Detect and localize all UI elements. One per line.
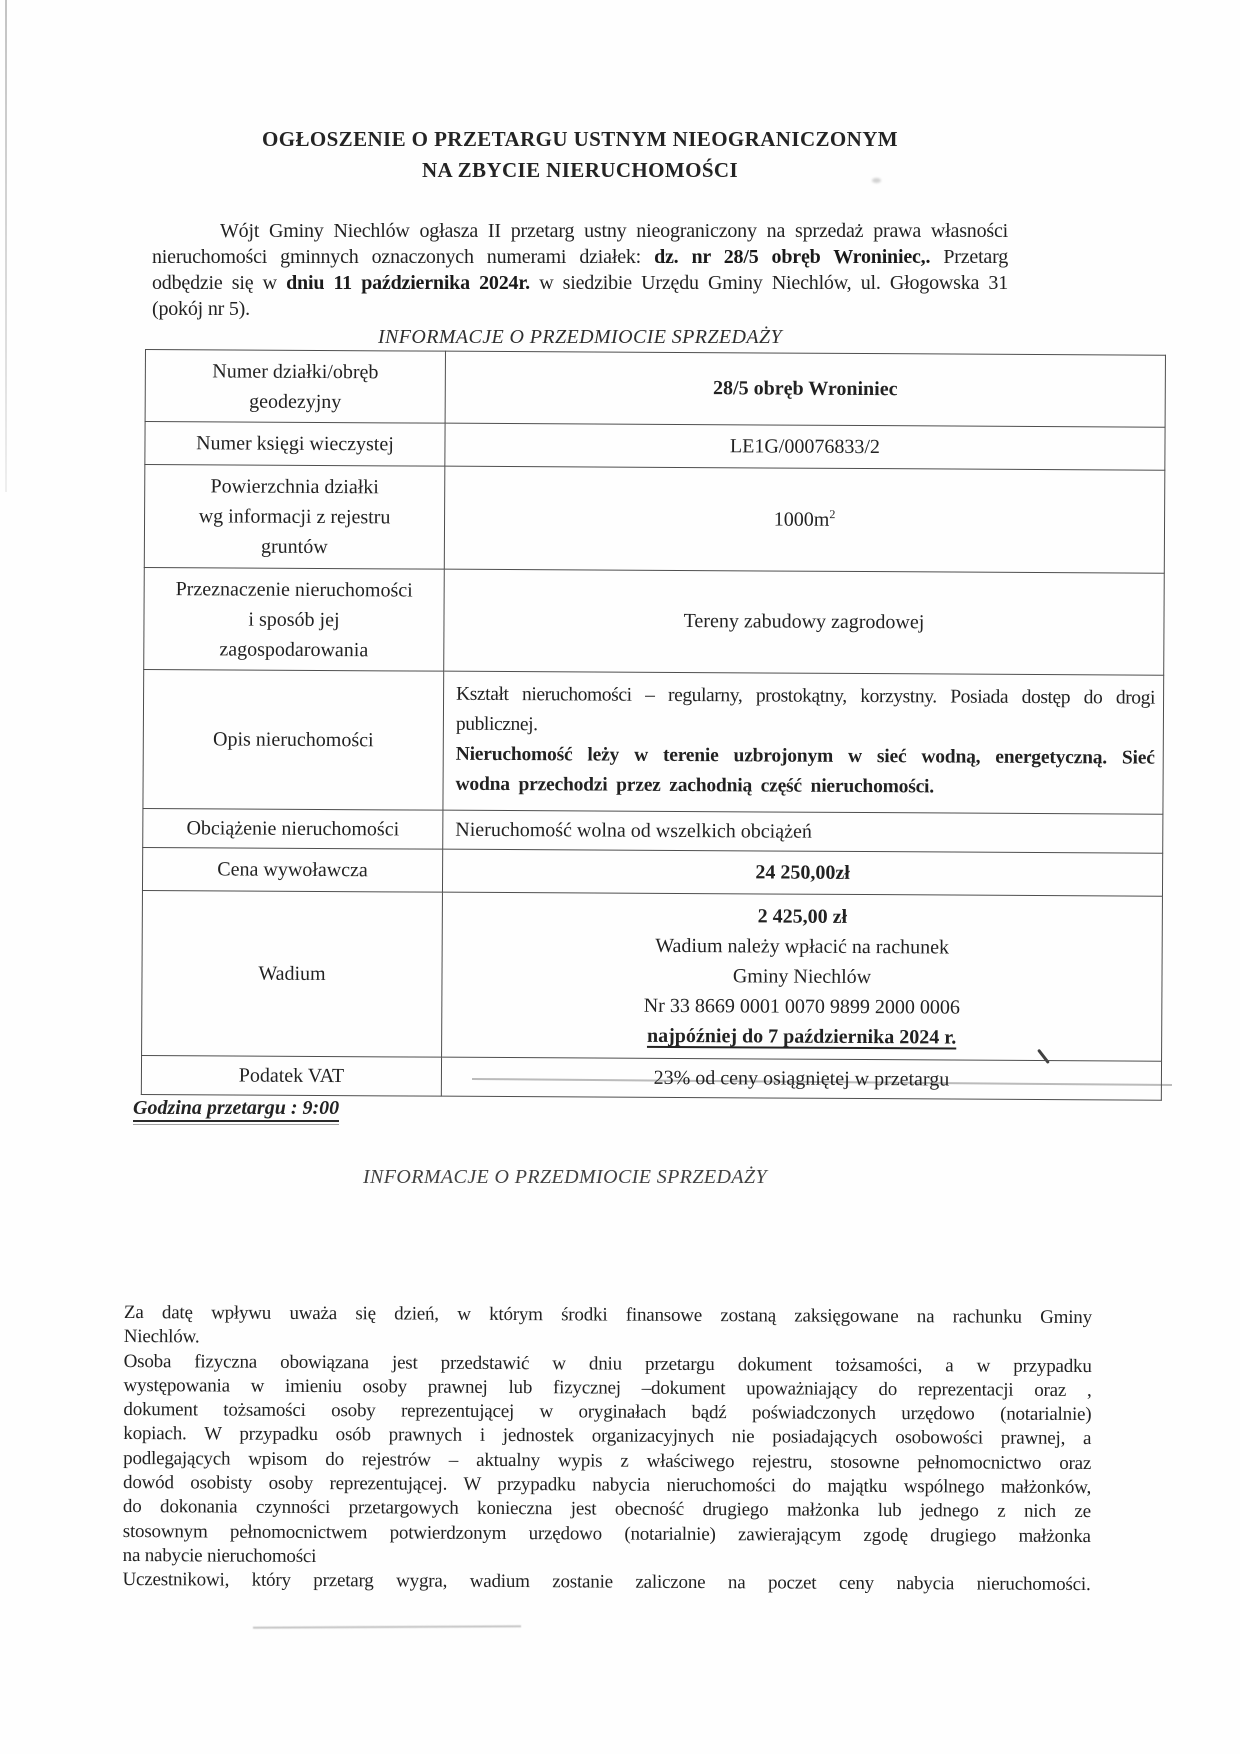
row-label: Numer działki/obręb geodezyjny	[145, 350, 445, 424]
table-row-purpose: Przeznaczenie nieruchomości i sposób jej…	[144, 567, 1165, 675]
auction-time-underline: Godzina przetargu : 9:00	[133, 1097, 339, 1125]
row-label: Podatek VAT	[141, 1055, 441, 1096]
terms-line: Uczestnikowi, który przetarg wygra, wadi…	[122, 1568, 1090, 1597]
terms-paragraph-3: Uczestnikowi, który przetarg wygra, wadi…	[122, 1568, 1090, 1597]
row-value: Tereny zabudowy zagrodowej	[444, 569, 1165, 675]
row-label: Numer księgi wieczystej	[145, 422, 445, 467]
area-superscript: 2	[829, 507, 835, 521]
scanned-document-page: OGŁOSZENIE O PRZETARGU USTNYM NIEOGRANIC…	[0, 0, 1240, 1754]
area-value: 1000m	[774, 508, 830, 530]
row-label: Wadium	[142, 890, 443, 1057]
document-title-line2: NA ZBYCIE NIERUCHOMOŚCI	[150, 155, 1010, 186]
description-text-bold: Nieruchomość leży w terenie uzbrojonym w…	[455, 740, 1154, 804]
intro-text: w siedzibie Urzędu Gminy Niechlów, ul. G…	[530, 272, 1008, 294]
deposit-account-number: Nr 33 8669 0001 0070 9899 2000 0006	[452, 990, 1151, 1024]
intro-line: (pokój nr 5).	[152, 296, 1008, 322]
intro-paragraph: Wójt Gminy Niechlów ogłasza II przetarg …	[152, 218, 1008, 322]
auction-date-bold: dniu 11 października 2024r.	[286, 272, 530, 294]
row-label: Cena wywoławcza	[142, 847, 442, 892]
intro-line: nieruchomości gminnych oznaczonych numer…	[152, 244, 1008, 270]
scan-streak	[253, 1625, 521, 1629]
table-row-starting-price: Cena wywoławcza 24 250,00zł	[142, 847, 1162, 896]
row-value: 24 250,00zł	[442, 849, 1162, 896]
row-value: 23% od ceny osiągniętej w przetargu	[441, 1057, 1161, 1100]
table-row-vat: Podatek VAT 23% od ceny osiągniętej w pr…	[141, 1055, 1161, 1100]
property-info-table: Numer działki/obręb geodezyjny 28/5 obrę…	[141, 349, 1166, 1101]
row-label: Opis nieruchomości	[143, 669, 444, 810]
table-row-land-register: Numer księgi wieczystej LE1G/00076833/2	[145, 422, 1165, 471]
row-value: Nieruchomość wolna od wszelkich obciążeń	[443, 810, 1163, 853]
row-label: Przeznaczenie nieruchomości i sposób jej…	[144, 567, 445, 671]
deposit-deadline: najpóźniej do 7 października 2024 r.	[452, 1020, 1151, 1054]
section-heading-sale-info: INFORMACJE O PRZEDMIOCIE SPRZEDAŻY	[150, 326, 1010, 349]
description-text: Kształt nieruchomości – regularny, prost…	[456, 680, 1155, 744]
plot-number-bold: dz. nr 28/5 obręb Wroniniec,.	[654, 246, 930, 268]
section-heading-sale-info-2: INFORMACJE O PRZEDMIOCIE SPRZEDAŻY	[135, 1166, 995, 1189]
row-value: 2 425,00 zł Wadium należy wpłacić na rac…	[442, 892, 1163, 1061]
row-value: Kształt nieruchomości – regularny, prost…	[443, 671, 1164, 814]
intro-text: Przetarg	[930, 246, 1008, 268]
intro-line: odbędzie się w dniu 11 października 2024…	[152, 270, 1008, 296]
deposit-instruction: Wadium należy wpłacić na rachunek	[453, 930, 1152, 964]
deposit-recipient: Gminy Niechlów	[452, 960, 1151, 994]
scan-edge-line	[5, 0, 7, 492]
row-label: Obciążenie nieruchomości	[143, 808, 443, 849]
row-value: 28/5 obręb Wroniniec	[445, 351, 1165, 427]
table-row-encumbrance: Obciążenie nieruchomości Nieruchomość wo…	[143, 808, 1163, 853]
terms-paragraph-1: Za datę wpływu uważa się dzień, w którym…	[124, 1301, 1092, 1355]
table-row-area: Powierzchnia działki wg informacji z rej…	[144, 465, 1165, 574]
row-label: Powierzchnia działki wg informacji z rej…	[144, 465, 445, 570]
terms-paragraph-2: Osoba fizyczna obowiązana jest przedstaw…	[123, 1350, 1092, 1574]
auction-time-text: Godzina przetargu : 9:00	[133, 1097, 339, 1122]
intro-text: nieruchomości gminnych oznaczonych numer…	[152, 246, 654, 268]
document-title: OGŁOSZENIE O PRZETARGU USTNYM NIEOGRANIC…	[150, 124, 1010, 186]
row-value: 1000m2	[444, 466, 1165, 573]
table-row-deposit: Wadium 2 425,00 zł Wadium należy wpłacić…	[142, 890, 1163, 1061]
table-row-plot-number: Numer działki/obręb geodezyjny 28/5 obrę…	[145, 350, 1165, 428]
auction-time: Godzina przetargu : 9:00	[133, 1097, 339, 1125]
intro-text: odbędzie się w	[152, 272, 286, 294]
table-row-description: Opis nieruchomości Kształt nieruchomości…	[143, 669, 1164, 814]
terms-paragraphs: Za datę wpływu uważa się dzień, w którym…	[122, 1301, 1092, 1598]
document-title-line1: OGŁOSZENIE O PRZETARGU USTNYM NIEOGRANIC…	[150, 124, 1010, 155]
row-value: LE1G/00076833/2	[445, 423, 1165, 470]
intro-line: Wójt Gminy Niechlów ogłasza II przetarg …	[152, 218, 1008, 244]
deposit-amount: 2 425,00 zł	[453, 900, 1152, 934]
